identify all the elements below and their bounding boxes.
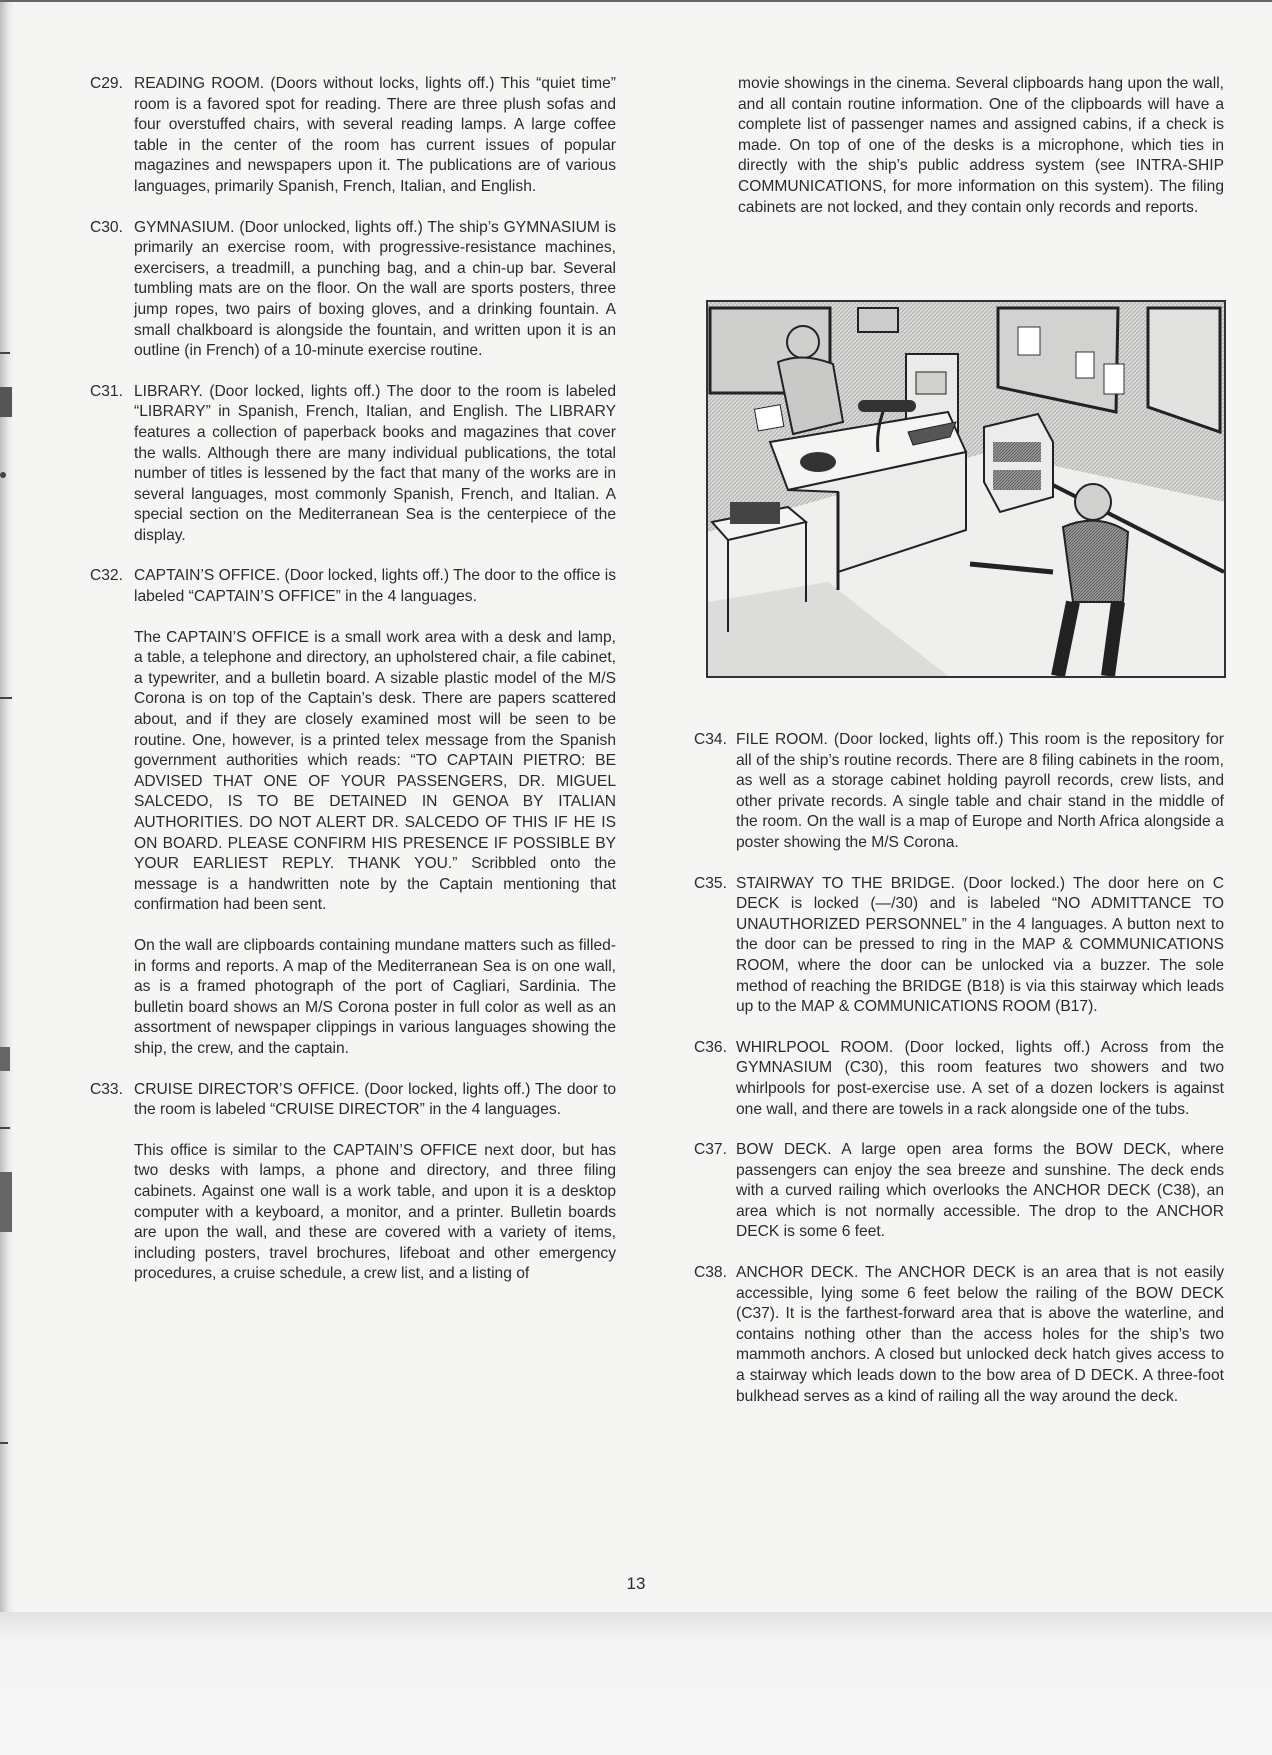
left-column: C29. READING ROOM. (Doors without locks,… [90,74,616,1305]
binding-mark [0,697,12,699]
binding-mark [0,1047,10,1071]
entry-c37: C37. BOW DECK. A large open area forms t… [694,1140,1224,1243]
entry-text: ANCHOR DECK. The ANCHOR DECK is an area … [736,1263,1224,1407]
entry-text: FILE ROOM. (Door locked, lights off.) Th… [736,730,1224,854]
entry-c35: C35. STAIRWAY TO THE BRIDGE. (Door locke… [694,874,1224,1018]
entry-c29: C29. READING ROOM. (Doors without locks,… [90,74,616,198]
entry-c36: C36. WHIRLPOOL ROOM. (Door locked, light… [694,1038,1224,1120]
entry-c31: C31. LIBRARY. (Door locked, lights off.)… [90,382,616,547]
binding-edge [0,2,14,1617]
right-column-entries: C34. FILE ROOM. (Door locked, lights off… [694,730,1224,1427]
entry-c38: C38. ANCHOR DECK. The ANCHOR DECK is an … [694,1263,1224,1407]
entry-c34: C34. FILE ROOM. (Door locked, lights off… [694,730,1224,854]
entry-text: This office is similar to the CAPTAIN’S … [134,1141,616,1285]
binding-mark [0,472,6,478]
entry-text: CRUISE DIRECTOR’S OFFICE. (Door locked, … [134,1080,616,1121]
office-scene-icon [708,302,1224,676]
entry-number: C29. [90,74,123,95]
binding-mark [0,1127,10,1129]
entry-text: On the wall are clipboards containing mu… [134,936,616,1060]
page-number: 13 [0,1574,1272,1594]
entry-c33: C33. CRUISE DIRECTOR’S OFFICE. (Door loc… [90,1080,616,1285]
binding-mark [0,352,10,354]
entry-text: LIBRARY. (Door locked, lights off.) The … [134,382,616,547]
entry-text: READING ROOM. (Doors without locks, ligh… [134,74,616,198]
entry-text: BOW DECK. A large open area forms the BO… [736,1140,1224,1243]
entry-text: GYMNASIUM. (Door unlocked, lights off.) … [134,218,616,362]
right-column: movie showings in the cinema. Several cl… [694,74,1224,218]
continued-text: movie showings in the cinema. Several cl… [694,74,1224,218]
binding-mark [0,387,12,417]
document-page: C29. READING ROOM. (Doors without locks,… [0,0,1272,1617]
entry-number: C30. [90,218,123,239]
entry-number: C36. [694,1038,727,1059]
entry-number: C32. [90,566,123,587]
entry-number: C33. [90,1080,123,1101]
scan-background [0,1612,1272,1755]
binding-mark [0,1442,8,1444]
binding-mark [0,1172,12,1232]
captains-office-illustration [706,300,1226,678]
entry-number: C31. [90,382,123,403]
entry-text: CAPTAIN’S OFFICE. (Door locked, lights o… [134,566,616,607]
entry-number: C37. [694,1140,727,1161]
entry-number: C38. [694,1263,727,1284]
entry-number: C35. [694,874,727,895]
entry-text: WHIRLPOOL ROOM. (Door locked, lights off… [736,1038,1224,1120]
entry-text: STAIRWAY TO THE BRIDGE. (Door locked.) T… [736,874,1224,1018]
entry-text: The CAPTAIN’S OFFICE is a small work are… [134,628,616,916]
entry-c30: C30. GYMNASIUM. (Door unlocked, lights o… [90,218,616,362]
entry-c32: C32. CAPTAIN’S OFFICE. (Door locked, lig… [90,566,616,1059]
entry-number: C34. [694,730,727,751]
